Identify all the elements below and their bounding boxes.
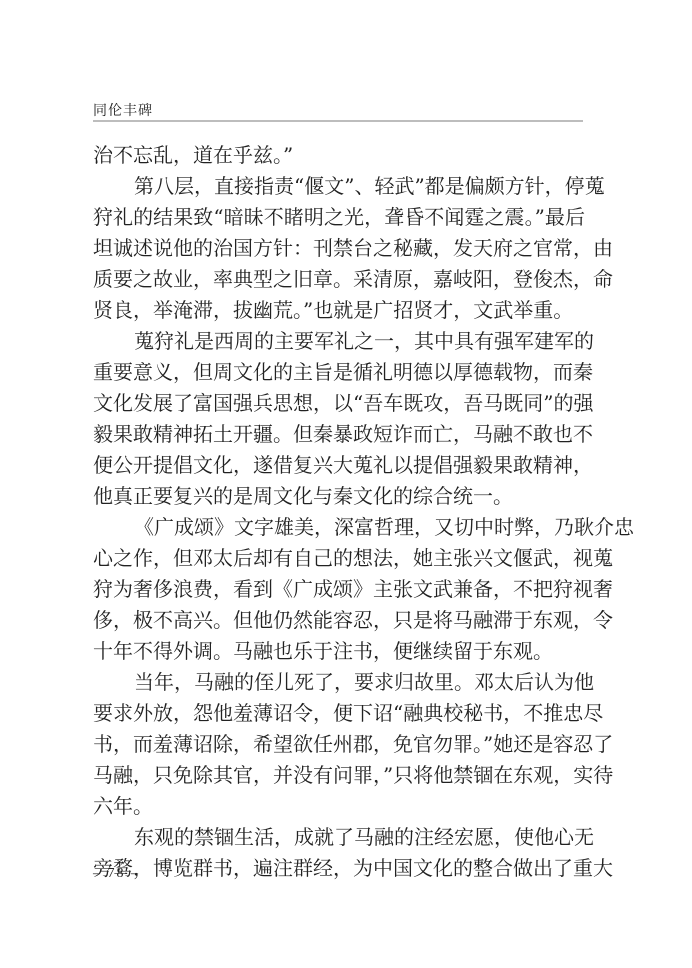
text-line: 马融，只免除其官，并没有问罪，”只将他禁锢在东观，实待: [93, 760, 585, 791]
running-head-title: 同伦丰碑: [93, 100, 153, 120]
text-line: 毅果敢精神拓土开疆。但秦暴政短诈而亡，马融不敢也不: [93, 419, 585, 450]
text-line: 狩为奢侈浪费，看到《广成颂》主张文武兼备，不把狩视奢: [93, 574, 585, 605]
text-line: 书，而羞薄诏除，希望欲任州郡，免官勿罪。”她还是容忍了: [93, 729, 585, 760]
text-line: 十年不得外调。马融也乐于注书，便继续留于东观。: [93, 636, 585, 667]
text-line: 坦诚述说他的治国方针：刊禁台之秘藏，发天府之官常，由: [93, 233, 585, 264]
text-line: 文化发展了富国强兵思想，以“吾车既攻，吾马既同”的强: [93, 388, 585, 419]
text-line: 他真正要复兴的是周文化与秦文化的综合统一。: [93, 481, 585, 512]
text-line: 心之作，但邓太后却有自己的想法，她主张兴文偃武，视蒐: [93, 543, 585, 574]
text-line: 治不忘乱，道在乎兹。”: [93, 140, 585, 171]
text-line: 要求外放，怨他羞薄诏令，便下诏“融典校秘书，不推忠尽: [93, 698, 585, 729]
text-line: 便公开提倡文化，遂借复兴大蒐礼以提倡强毅果敢精神，: [93, 450, 585, 481]
header-rule-divider: [93, 120, 583, 122]
text-line: 当年，马融的侄儿死了，要求归故里。邓太后认为他: [93, 667, 585, 698]
text-line: 《广成颂》文字雄美，深富哲理，又切中时弊，乃耿介忠: [93, 512, 585, 543]
text-line: 东观的禁锢生活，成就了马融的注经宏愿，使他心无: [93, 822, 585, 853]
text-line: 狩礼的结果致“暗昧不睹明之光，聋昏不闻霆之震。”最后: [93, 202, 585, 233]
text-line: 贤良，举淹滞，拔幽荒。”也就是广招贤才，文武举重。: [93, 295, 585, 326]
text-line: 侈，极不高兴。但他仍然能容忍，只是将马融滞于东观，令: [93, 605, 585, 636]
text-line: 六年。: [93, 791, 585, 822]
text-line: 蒐狩礼是西周的主要军礼之一，其中具有强军建军的: [93, 326, 585, 357]
body-text: 治不忘乱，道在乎兹。” 第八层，直接指责“偃文”、轻武”都是偏颇方针，停蒐 狩礼…: [93, 140, 585, 884]
page-number: – 78 –: [93, 866, 140, 882]
text-line: 第八层，直接指责“偃文”、轻武”都是偏颇方针，停蒐: [93, 171, 585, 202]
text-line: 重要意义，但周文化的主旨是循礼明德以厚德载物，而秦: [93, 357, 585, 388]
text-line: 旁骛，博览群书，遍注群经，为中国文化的整合做出了重大: [93, 853, 585, 884]
text-line: 质要之故业，率典型之旧章。采清原，嘉岐阳，登俊杰，命: [93, 264, 585, 295]
